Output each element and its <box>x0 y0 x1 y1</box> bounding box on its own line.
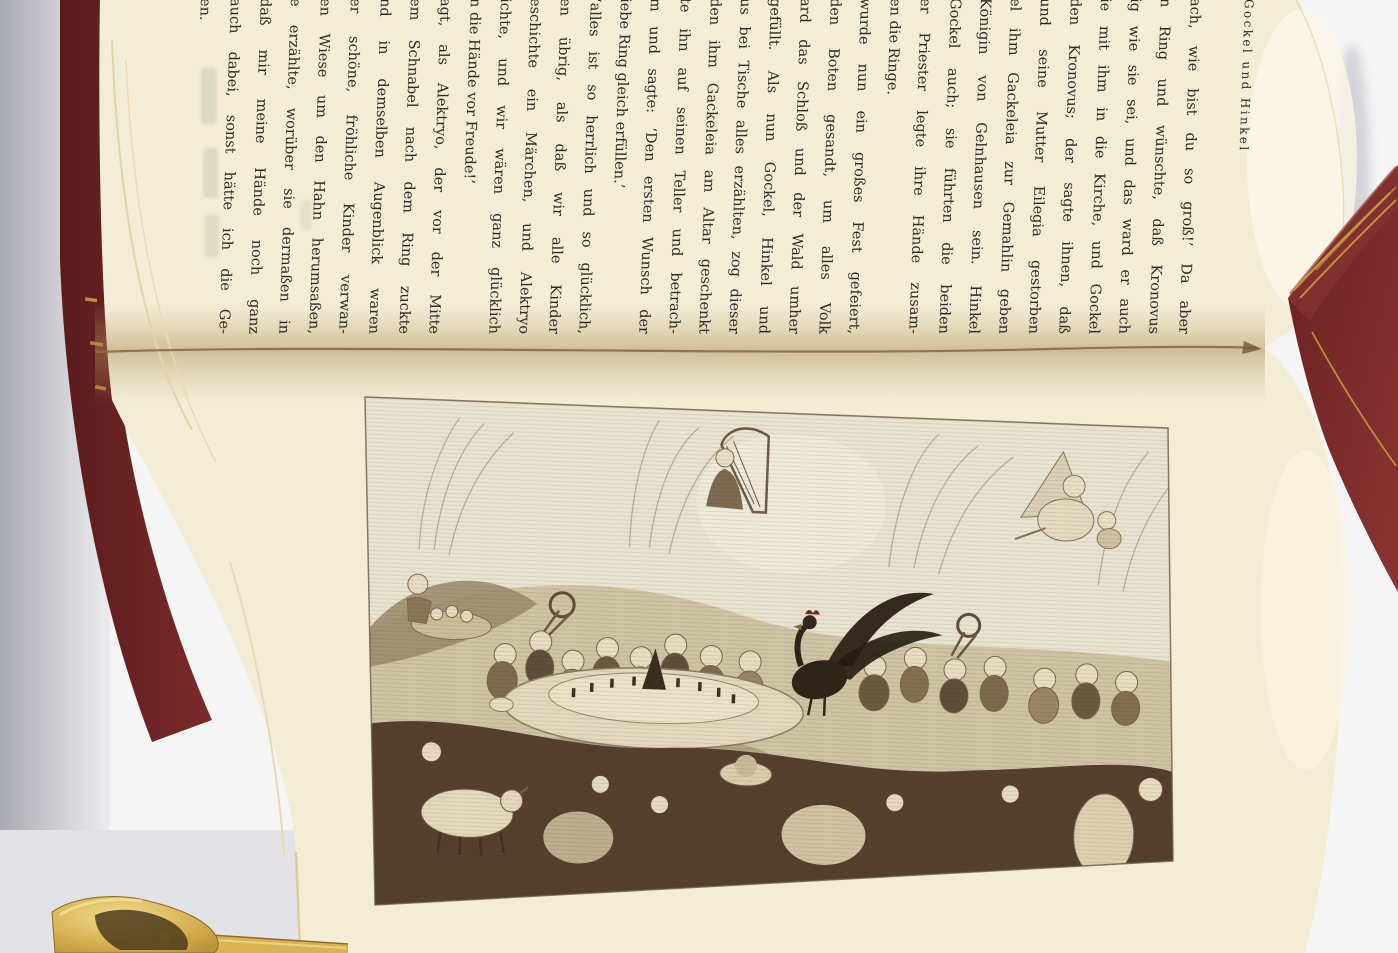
text-column: ach, wie bist du so groß!’ Da abern Ring… <box>178 0 1210 334</box>
photo-scene: Gockel und Hinkel ach, wie bist du so gr… <box>0 0 1398 953</box>
text-page: Gockel und Hinkel ach, wie bist du so gr… <box>178 0 1258 334</box>
